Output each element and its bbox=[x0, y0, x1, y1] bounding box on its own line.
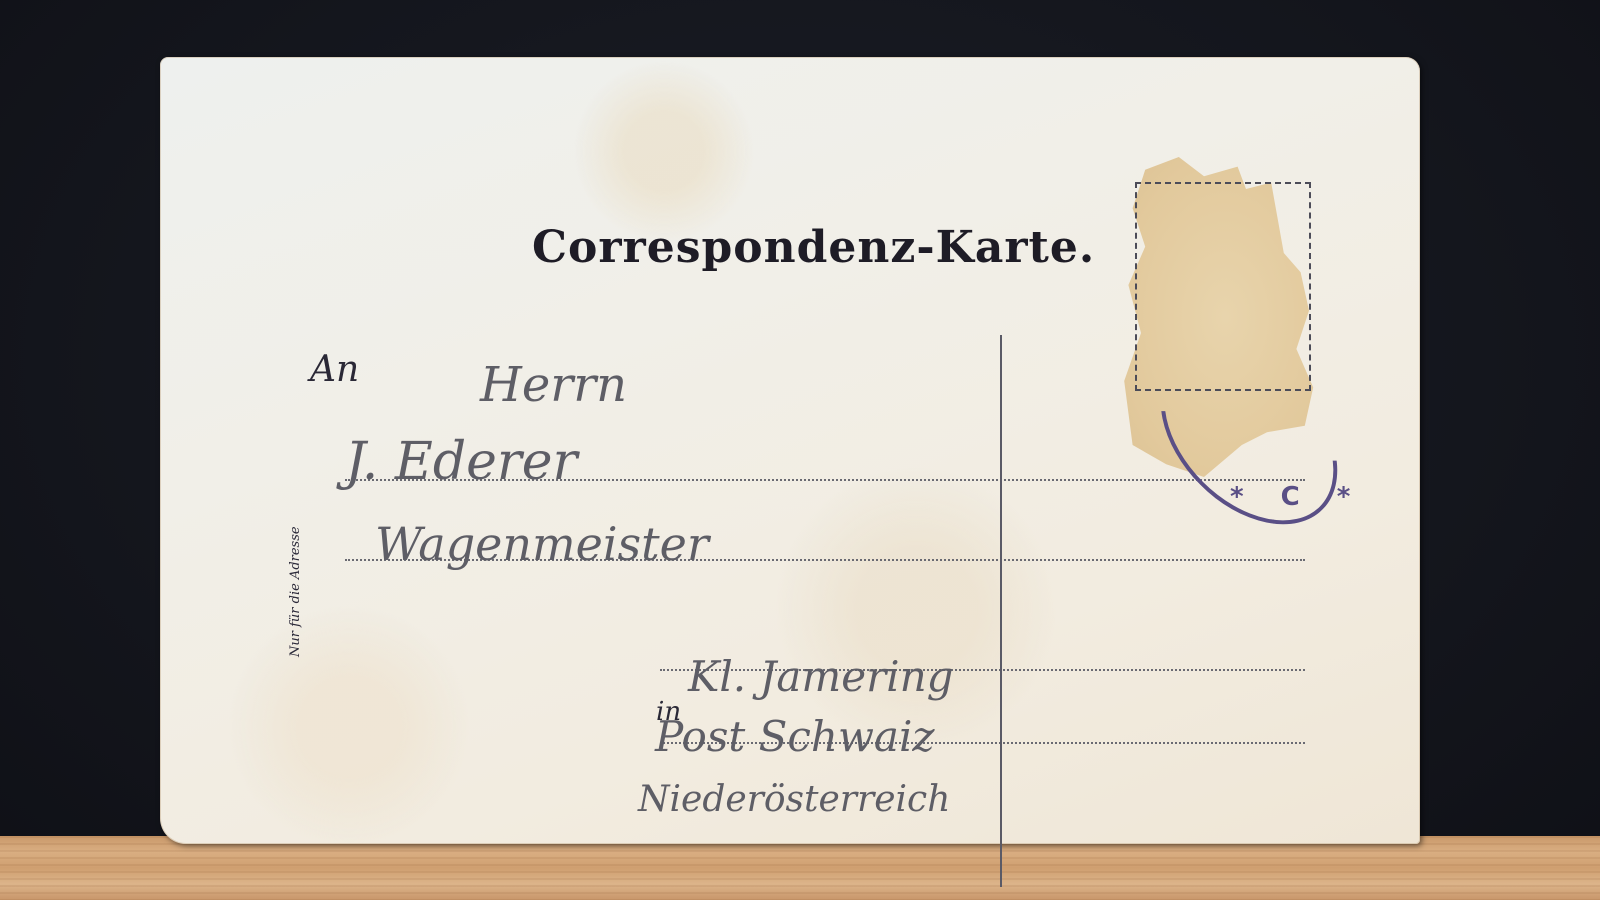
handwriting-line-3: Wagenmeister bbox=[375, 517, 709, 571]
handwriting-line-1: Herrn bbox=[480, 357, 627, 413]
handwriting-line-6: Niederösterreich bbox=[638, 779, 950, 820]
address-only-label: Nur für die Adresse bbox=[288, 526, 303, 657]
postcard-title: Correspondenz-Karte. bbox=[532, 222, 1095, 273]
handwriting-line-2: J. Ederer bbox=[345, 432, 577, 492]
card-divider bbox=[1000, 335, 1002, 887]
handwriting-line-4: Kl. Jamering bbox=[688, 652, 954, 701]
postmark-text: * C * bbox=[1230, 482, 1364, 512]
wooden-shelf bbox=[0, 836, 1600, 900]
an-label: An bbox=[310, 349, 359, 390]
postcard: Correspondenz-Karte. Nur für die Adresse… bbox=[160, 57, 1420, 844]
handwriting-line-5: Post Schwaiz bbox=[655, 712, 935, 761]
